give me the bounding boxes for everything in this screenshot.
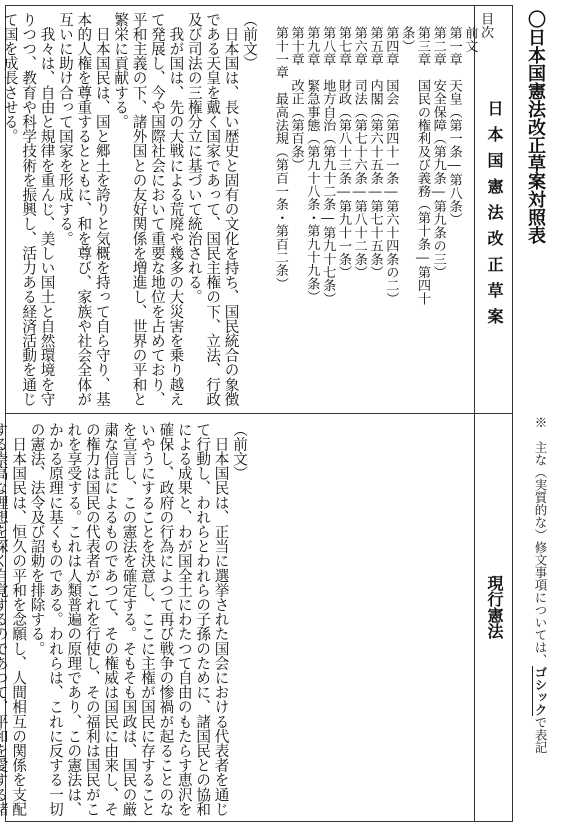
- current-preamble-paragraph: 日本国民は、正当に選挙された国会における代表者を通じて行動し、われらとわれらの子…: [27, 422, 229, 818]
- draft-preamble: （前文） 日本国は、長い歴史と固有の文化を持ち、国民統合の象徴である天皇を戴く国…: [8, 12, 258, 410]
- toc-item[interactable]: 第七章 財政（第八十三条―第九十一条）: [335, 12, 351, 312]
- note-prefix: ※ 主な（実質的な）修文事項については、: [533, 416, 548, 666]
- current-preamble: （前文） 日本国民は、正当に選挙された国会における代表者を通じて行動し、われらと…: [8, 422, 248, 818]
- draft-preamble-paragraph: 我が国は、先の大戦による荒廃や幾多の大災害を乗り越えて発展し、今や国際社会におい…: [111, 12, 185, 410]
- toc-item[interactable]: 前文: [462, 12, 478, 312]
- table-of-contents: 目次 前文 第一章 天皇（第一条―第八条） 第二章 安全保障（第九条―第九条の三…: [272, 12, 493, 312]
- draft-preamble-paragraph: 日本国は、長い歴史と固有の文化を持ち、国民統合の象徴である天皇を戴く国家であって…: [184, 12, 239, 410]
- draft-preamble-paragraph: 我々は、自由と規律を重んじ、美しい国土と自然環境を守りつつ、教育や科学技術を振興…: [0, 12, 55, 410]
- draft-preamble-paragraph: 日本国民は、国と郷土を誇りと気概を持って自ら守り、基本的人権を尊重するとともに、…: [56, 12, 111, 410]
- note-suffix: で表記: [533, 716, 548, 754]
- toc-item[interactable]: 第十一章 最高法規（第百一条・第百二条）: [272, 12, 288, 312]
- toc-item[interactable]: 第三章 国民の権利及び義務（第十条―第四十条）: [398, 12, 430, 312]
- current-preamble-paragraph: 日本国民は、恒久の平和を念願し、人間相互の関係を支配する崇高な理想を深く自覚する…: [0, 422, 27, 818]
- toc-item[interactable]: 第四章 国会（第四十一条―第六十四条の二）: [383, 12, 399, 312]
- revision-note: ※ 主な（実質的な）修文事項については、ゴシックで表記: [532, 416, 548, 754]
- toc-item[interactable]: 第五章 内閣（第六十五条―第七十五条）: [367, 12, 383, 312]
- toc-item[interactable]: 第一章 天皇（第一条―第八条）: [446, 12, 462, 312]
- toc-item[interactable]: 第八章 地方自治（第九十二条―第九十七条）: [319, 12, 335, 312]
- current-preamble-heading: （前文）: [230, 422, 248, 818]
- note-gothic: ゴシック: [532, 666, 548, 716]
- draft-preamble-heading: （前文）: [240, 12, 258, 410]
- document-title: 〇日本国憲法改正草案対照表: [522, 10, 548, 244]
- toc-item[interactable]: 第二章 安全保障（第九条―第九条の三）: [430, 12, 446, 312]
- toc-item[interactable]: 第九章 緊急事態（第九十八条・第九十九条）: [304, 12, 320, 312]
- current-column-header: 現行憲法: [484, 575, 504, 639]
- toc-item[interactable]: 第十章 改正（第百条）: [288, 12, 304, 312]
- toc-item[interactable]: 第六章 司法（第七十六条―第八十二条）: [351, 12, 367, 312]
- toc-heading: 目次: [477, 12, 493, 312]
- row-divider: [5, 413, 513, 414]
